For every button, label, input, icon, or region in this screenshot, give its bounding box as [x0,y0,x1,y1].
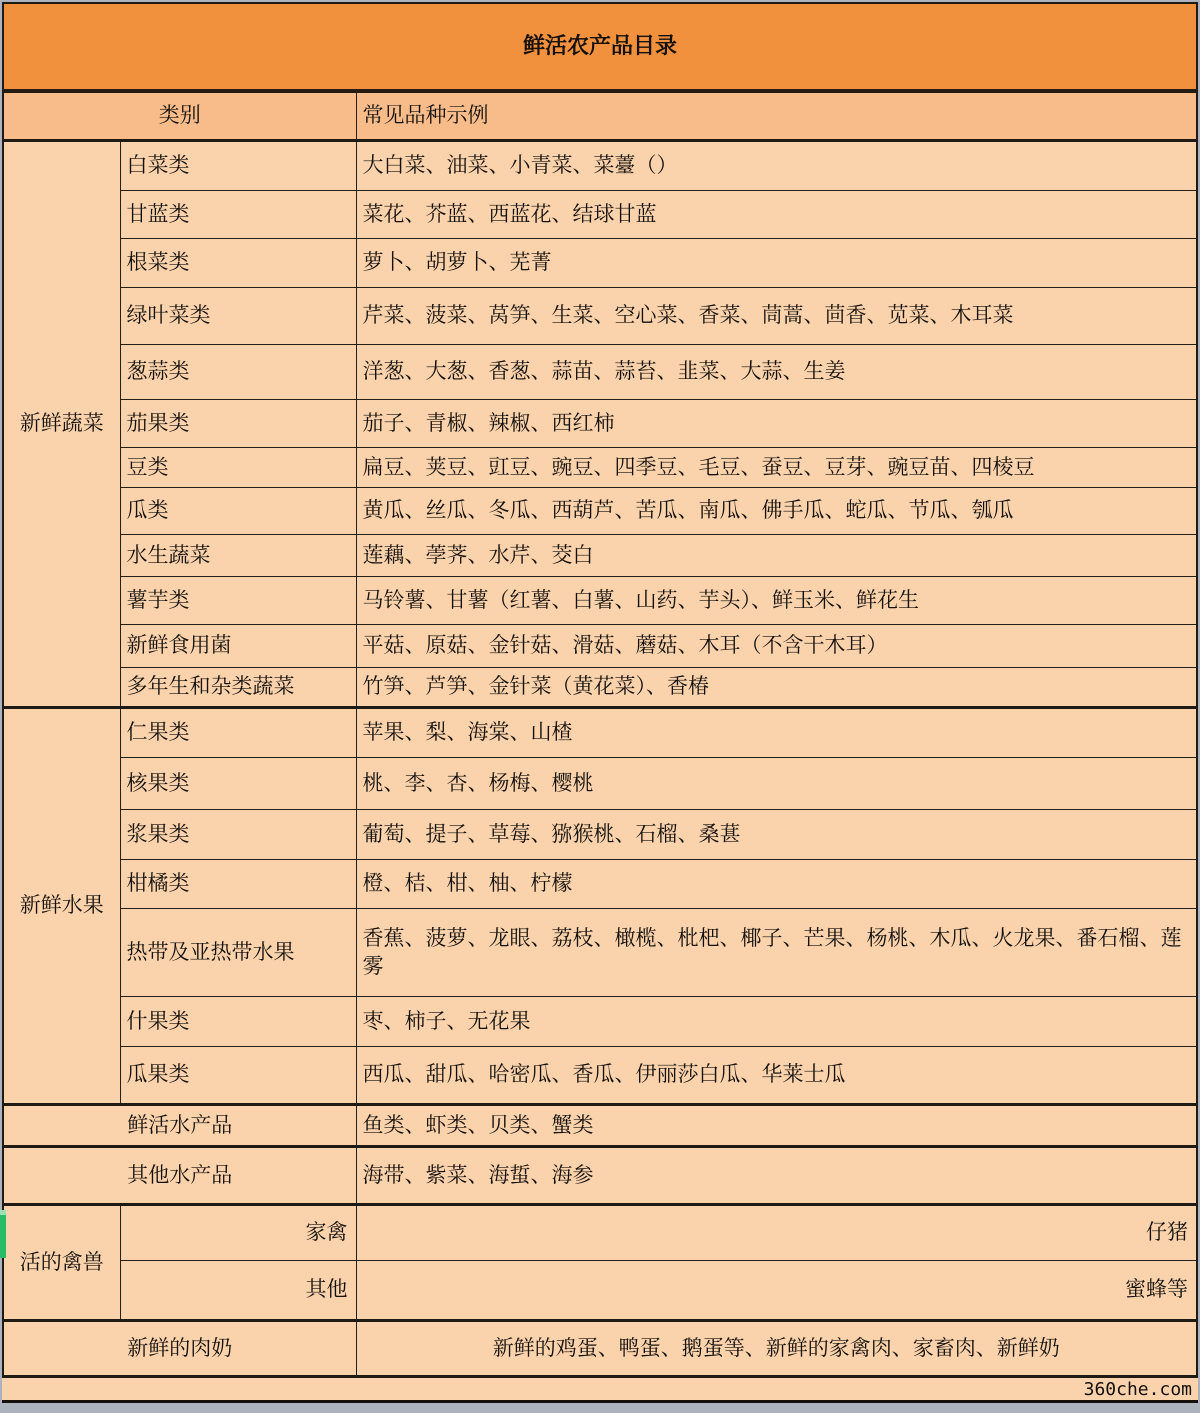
category-cell: 热带及亚热带水果 [120,909,356,997]
table-row: 鲜活水产品 鱼类、虾类、贝类、蟹类 [3,1105,1197,1147]
table-row: 柑橘类 橙、桔、柑、柚、柠檬 [3,860,1197,909]
examples-cell: 枣、柿子、无花果 [356,997,1197,1047]
table-row: 水生蔬菜 莲藕、荸荠、水芹、茭白 [3,535,1197,577]
table-row: 其他水产品 海带、紫菜、海蜇、海参 [3,1147,1197,1205]
fresh-produce-catalog-table: 鲜活农产品目录 类别 常见品种示例 新鲜蔬菜 白菜类 大白菜、油菜、小青菜、菜薹… [2,2,1198,1378]
table-row: 瓜类 黄瓜、丝瓜、冬瓜、西葫芦、苦瓜、南瓜、佛手瓜、蛇瓜、节瓜、瓠瓜 [3,488,1197,535]
category-cell: 水生蔬菜 [120,535,356,577]
examples-cell: 西瓜、甜瓜、哈密瓜、香瓜、伊丽莎白瓜、华莱士瓜 [356,1047,1197,1105]
table-row: 热带及亚热带水果 香蕉、菠萝、龙眼、荔枝、橄榄、枇杷、椰子、芒果、杨桃、木瓜、火… [3,909,1197,997]
category-cell: 多年生和杂类蔬菜 [120,668,356,708]
examples-cell: 香蕉、菠萝、龙眼、荔枝、橄榄、枇杷、椰子、芒果、杨桃、木瓜、火龙果、番石榴、莲雾 [356,909,1197,997]
left-edge-green-marker [0,1210,6,1258]
category-cell: 浆果类 [120,810,356,860]
category-cell: 绿叶菜类 [120,288,356,345]
table-row: 活的禽兽 家禽 仔猪 [3,1205,1197,1261]
category-cell: 瓜果类 [120,1047,356,1105]
category-cell: 甘蓝类 [120,191,356,239]
table-row: 根菜类 萝卜、胡萝卜、芜菁 [3,239,1197,288]
table-row: 甘蓝类 菜花、芥蓝、西蓝花、结球甘蓝 [3,191,1197,239]
examples-cell: 马铃薯、甘薯（红薯、白薯、山药、芋头）、鲜玉米、鲜花生 [356,577,1197,625]
table-row: 其他 蜜蜂等 [3,1261,1197,1321]
table-row: 葱蒜类 洋葱、大葱、香葱、蒜苗、蒜苔、韭菜、大蒜、生姜 [3,345,1197,400]
examples-cell: 苹果、梨、海棠、山楂 [356,708,1197,758]
table-row: 新鲜食用菌 平菇、原菇、金针菇、滑菇、蘑菇、木耳（不含干木耳） [3,625,1197,668]
column-header-examples: 常见品种示例 [356,91,1197,141]
examples-cell: 橙、桔、柑、柚、柠檬 [356,860,1197,909]
category-cell: 其他水产品 [3,1147,356,1205]
table-header-row: 类别 常见品种示例 [3,91,1197,141]
examples-cell: 竹笋、芦笋、金针菜（黄花菜）、香椿 [356,668,1197,708]
category-cell: 新鲜食用菌 [120,625,356,668]
examples-cell: 芹菜、菠菜、莴笋、生菜、空心菜、香菜、茼蒿、茴香、苋菜、木耳菜 [356,288,1197,345]
category-cell: 瓜类 [120,488,356,535]
group-cell-fruits: 新鲜水果 [3,708,120,1105]
examples-cell: 扁豆、荚豆、豇豆、豌豆、四季豆、毛豆、蚕豆、豆芽、豌豆苗、四棱豆 [356,448,1197,488]
examples-cell: 桃、李、杏、杨梅、樱桃 [356,758,1197,810]
table-row: 茄果类 茄子、青椒、辣椒、西红柿 [3,400,1197,448]
examples-cell: 萝卜、胡萝卜、芜菁 [356,239,1197,288]
table-row: 新鲜的肉奶 新鲜的鸡蛋、鸭蛋、鹅蛋等、新鲜的家禽肉、家畜肉、新鲜奶 [3,1321,1197,1377]
category-cell: 其他 [120,1261,356,1321]
examples-cell: 平菇、原菇、金针菇、滑菇、蘑菇、木耳（不含干木耳） [356,625,1197,668]
examples-cell: 莲藕、荸荠、水芹、茭白 [356,535,1197,577]
category-cell: 白菜类 [120,141,356,191]
category-cell: 家禽 [120,1205,356,1261]
table-row: 豆类 扁豆、荚豆、豇豆、豌豆、四季豆、毛豆、蚕豆、豆芽、豌豆苗、四棱豆 [3,448,1197,488]
category-cell: 茄果类 [120,400,356,448]
examples-cell: 大白菜、油菜、小青菜、菜薹（） [356,141,1197,191]
category-cell: 仁果类 [120,708,356,758]
category-cell: 新鲜的肉奶 [3,1321,356,1377]
table-row: 多年生和杂类蔬菜 竹笋、芦笋、金针菜（黄花菜）、香椿 [3,668,1197,708]
category-cell: 薯芋类 [120,577,356,625]
table-row: 新鲜蔬菜 白菜类 大白菜、油菜、小青菜、菜薹（） [3,141,1197,191]
examples-cell: 鱼类、虾类、贝类、蟹类 [356,1105,1197,1147]
page: 鲜活农产品目录 类别 常见品种示例 新鲜蔬菜 白菜类 大白菜、油菜、小青菜、菜薹… [0,0,1200,1413]
table-row: 新鲜水果 仁果类 苹果、梨、海棠、山楂 [3,708,1197,758]
category-cell: 豆类 [120,448,356,488]
category-cell: 柑橘类 [120,860,356,909]
examples-cell: 黄瓜、丝瓜、冬瓜、西葫芦、苦瓜、南瓜、佛手瓜、蛇瓜、节瓜、瓠瓜 [356,488,1197,535]
examples-cell: 蜜蜂等 [356,1261,1197,1321]
examples-cell: 仔猪 [356,1205,1197,1261]
examples-cell: 海带、紫菜、海蜇、海参 [356,1147,1197,1205]
examples-cell: 茄子、青椒、辣椒、西红柿 [356,400,1197,448]
examples-cell: 葡萄、提子、草莓、猕猴桃、石榴、桑葚 [356,810,1197,860]
category-cell: 核果类 [120,758,356,810]
table-row: 绿叶菜类 芹菜、菠菜、莴笋、生菜、空心菜、香菜、茼蒿、茴香、苋菜、木耳菜 [3,288,1197,345]
page-title: 鲜活农产品目录 [3,3,1197,91]
group-cell-livestock: 活的禽兽 [3,1205,120,1321]
examples-cell: 新鲜的鸡蛋、鸭蛋、鹅蛋等、新鲜的家禽肉、家畜肉、新鲜奶 [356,1321,1197,1377]
table-row: 核果类 桃、李、杏、杨梅、樱桃 [3,758,1197,810]
table-row: 鲜活农产品目录 [3,3,1197,91]
category-cell: 鲜活水产品 [3,1105,356,1147]
group-cell-vegetables: 新鲜蔬菜 [3,141,120,708]
table-row: 瓜果类 西瓜、甜瓜、哈密瓜、香瓜、伊丽莎白瓜、华莱士瓜 [3,1047,1197,1105]
category-cell: 根菜类 [120,239,356,288]
category-cell: 葱蒜类 [120,345,356,400]
examples-cell: 洋葱、大葱、香葱、蒜苗、蒜苔、韭菜、大蒜、生姜 [356,345,1197,400]
table-row: 浆果类 葡萄、提子、草莓、猕猴桃、石榴、桑葚 [3,810,1197,860]
watermark: 360che.com [2,1378,1198,1403]
table-row: 什果类 枣、柿子、无花果 [3,997,1197,1047]
column-header-category: 类别 [3,91,356,141]
examples-cell: 菜花、芥蓝、西蓝花、结球甘蓝 [356,191,1197,239]
category-cell: 什果类 [120,997,356,1047]
table-row: 薯芋类 马铃薯、甘薯（红薯、白薯、山药、芋头）、鲜玉米、鲜花生 [3,577,1197,625]
